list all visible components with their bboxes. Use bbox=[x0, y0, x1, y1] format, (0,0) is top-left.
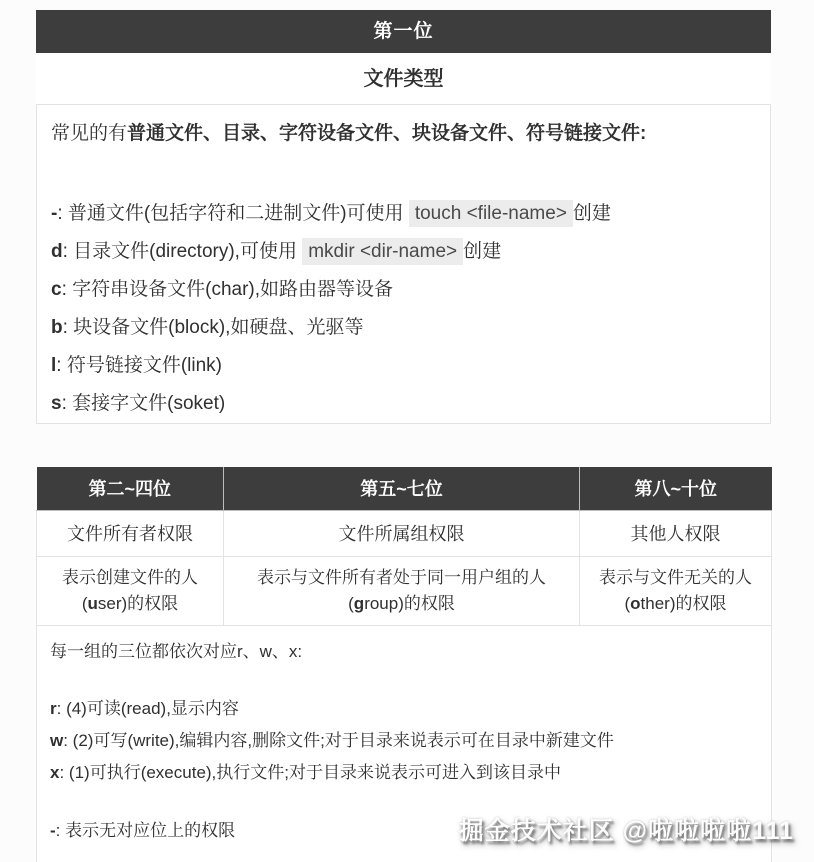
other-description-cell: 表示与文件无关的人(other)的权限 bbox=[580, 556, 772, 625]
user-desc-bold: u bbox=[88, 594, 98, 613]
inline-code: mkdir <dir-name> bbox=[302, 238, 463, 265]
file-type-intro-normal: 常见的有 bbox=[51, 123, 127, 144]
file-type-key: b bbox=[51, 317, 63, 338]
file-type-item: b: 块设备文件(block),如硬盘、光驱等 bbox=[51, 309, 756, 347]
document-page: 第一位 文件类型 常见的有普通文件、目录、字符设备文件、块设备文件、符号链接文件… bbox=[0, 0, 814, 862]
file-type-text: : 套接字文件(soket) bbox=[62, 393, 226, 414]
file-type-tail: 创建 bbox=[463, 241, 501, 262]
file-type-table-header: 第一位 bbox=[36, 10, 771, 53]
permission-owner-row: 文件所有者权限 文件所属组权限 其他人权限 bbox=[37, 510, 772, 556]
file-type-key: s bbox=[51, 393, 62, 414]
file-type-key: c bbox=[51, 279, 62, 300]
file-type-text: : 字符串设备文件(char),如路由器等设备 bbox=[62, 279, 393, 300]
rule-key: r bbox=[50, 699, 57, 718]
watermark: 掘金技术社区 @啦啦啦啦111 bbox=[459, 811, 794, 847]
rule-key: w bbox=[50, 731, 63, 750]
other-permission-cell: 其他人权限 bbox=[580, 510, 772, 556]
rule-item: w: (2)可写(write),编辑内容,删除文件;对于目录来说表示可在目录中新… bbox=[50, 725, 758, 757]
file-type-table-subheader: 文件类型 bbox=[36, 53, 771, 105]
file-type-text: : 目录文件(directory),可使用 bbox=[63, 241, 303, 262]
file-type-text: : 符号链接文件(link) bbox=[56, 355, 222, 376]
group-description-cell: 表示与文件所有者处于同一用户组的人(group)的权限 bbox=[224, 556, 580, 625]
user-description-cell: 表示创建文件的人(user)的权限 bbox=[37, 556, 224, 625]
rule-text: : (4)可读(read),显示内容 bbox=[57, 699, 239, 718]
permission-table-section: 第二~四位 第五~七位 第八~十位 文件所有者权限 文件所属组权限 其他人权限 … bbox=[36, 467, 771, 862]
inline-code: touch <file-name> bbox=[409, 200, 573, 227]
user-desc-post: ser)的权限 bbox=[98, 594, 178, 613]
other-desc-bold: o bbox=[630, 594, 640, 613]
file-type-key: d bbox=[51, 241, 63, 262]
permission-header-cell-3: 第八~十位 bbox=[580, 467, 772, 510]
file-type-item: d: 目录文件(directory),可使用 mkdir <dir-name>创… bbox=[51, 233, 756, 271]
rule-item: r: (4)可读(read),显示内容 bbox=[50, 693, 758, 725]
permission-header-cell-1: 第二~四位 bbox=[37, 467, 224, 510]
file-type-intro: 常见的有普通文件、目录、字符设备文件、块设备文件、符号链接文件: bbox=[51, 119, 756, 149]
permission-header-row: 第二~四位 第五~七位 第八~十位 bbox=[37, 467, 772, 510]
file-type-table-body: 常见的有普通文件、目录、字符设备文件、块设备文件、符号链接文件: -: 普通文件… bbox=[36, 105, 771, 424]
group-desc-post: roup)的权限 bbox=[364, 594, 455, 613]
permission-description-row: 表示创建文件的人(user)的权限 表示与文件所有者处于同一用户组的人(grou… bbox=[37, 556, 772, 625]
file-type-item: -: 普通文件(包括字符和二进制文件)可使用 touch <file-name>… bbox=[51, 195, 756, 233]
rule-item: x: (1)可执行(execute),执行文件;对于目录来说表示可进入到该目录中 bbox=[50, 757, 758, 789]
group-permission-cell: 文件所属组权限 bbox=[224, 510, 580, 556]
file-type-table: 第一位 文件类型 常见的有普通文件、目录、字符设备文件、块设备文件、符号链接文件… bbox=[36, 10, 771, 424]
file-type-item: l: 符号链接文件(link) bbox=[51, 347, 756, 385]
file-type-text: : 普通文件(包括字符和二进制文件)可使用 bbox=[57, 203, 409, 224]
file-type-intro-bold: 普通文件、目录、字符设备文件、块设备文件、符号链接文件: bbox=[127, 123, 646, 144]
rules-list: r: (4)可读(read),显示内容 w: (2)可写(write),编辑内容… bbox=[50, 693, 758, 789]
file-type-item: c: 字符串设备文件(char),如路由器等设备 bbox=[51, 271, 756, 309]
permission-header-cell-2: 第五~七位 bbox=[224, 467, 580, 510]
file-type-list: -: 普通文件(包括字符和二进制文件)可使用 touch <file-name>… bbox=[51, 195, 756, 423]
rule-text: : (1)可执行(execute),执行文件;对于目录来说表示可进入到该目录中 bbox=[59, 763, 561, 782]
owner-permission-cell: 文件所有者权限 bbox=[37, 510, 224, 556]
file-type-item: s: 套接字文件(soket) bbox=[51, 385, 756, 423]
rule-dash-body: : 表示无对应位上的权限 bbox=[56, 821, 235, 840]
other-desc-post: ther)的权限 bbox=[641, 594, 727, 613]
file-type-text: : 块设备文件(block),如硬盘、光驱等 bbox=[63, 317, 364, 338]
file-type-tail: 创建 bbox=[573, 203, 611, 224]
rule-text: : (2)可写(write),编辑内容,删除文件;对于目录来说表示可在目录中新建… bbox=[63, 731, 614, 750]
group-desc-bold: g bbox=[354, 594, 364, 613]
permission-table: 第二~四位 第五~七位 第八~十位 文件所有者权限 文件所属组权限 其他人权限 … bbox=[36, 467, 772, 862]
rules-lead: 每一组的三位都依次对应r、w、x: bbox=[50, 637, 758, 667]
